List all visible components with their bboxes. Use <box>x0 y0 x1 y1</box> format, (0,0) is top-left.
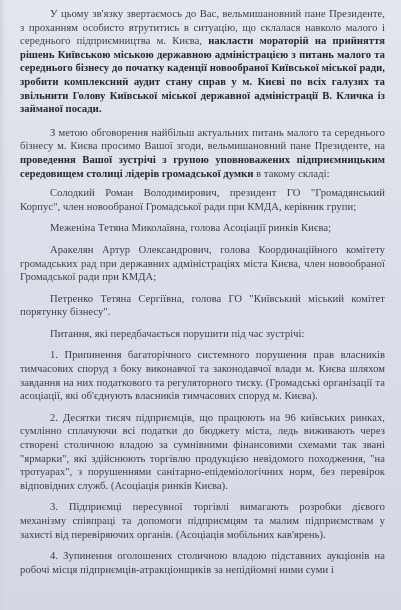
agenda-item-1: 1. Припинення багаторічного системного п… <box>20 349 385 403</box>
questions-label: Питання, які передбачається порушити під… <box>20 328 385 342</box>
agenda-item-4: 4. Зупинення оголошених столичною владою… <box>20 550 385 577</box>
paragraph-intro-bold: накласти мораторій на прийняття рішень К… <box>20 36 385 115</box>
member-petrenko: Петренко Тетяна Сергіївна, голова ГО "Ки… <box>20 293 385 320</box>
paragraph-meeting-bold: проведення Вашої зустрічі з групою уповн… <box>20 155 385 180</box>
agenda-item-3: 3. Підприємці пересувної торгівлі вимага… <box>20 501 385 542</box>
agenda-item-2: 2. Десятки тисяч підприємців, що працюют… <box>20 412 385 494</box>
paragraph-meeting: З метою обговорення найбільш актуальних … <box>20 127 385 181</box>
paragraph-meeting-text: З метою обговорення найбільш актуальних … <box>20 128 385 153</box>
paragraph-intro: У цьому зв'язку звертаємось до Вас, вель… <box>20 8 385 117</box>
document-page: У цьому зв'язку звертаємось до Вас, вель… <box>0 0 401 610</box>
member-solodkyi: Солодкий Роман Володимирович, президент … <box>20 187 385 214</box>
member-arakelian: Аракелян Артур Олександрович, голова Коо… <box>20 244 385 285</box>
member-mezhenina: Меженіна Тетяна Миколаївна, голова Асоці… <box>20 222 385 236</box>
paragraph-meeting-tail: в такому складі: <box>253 169 329 180</box>
